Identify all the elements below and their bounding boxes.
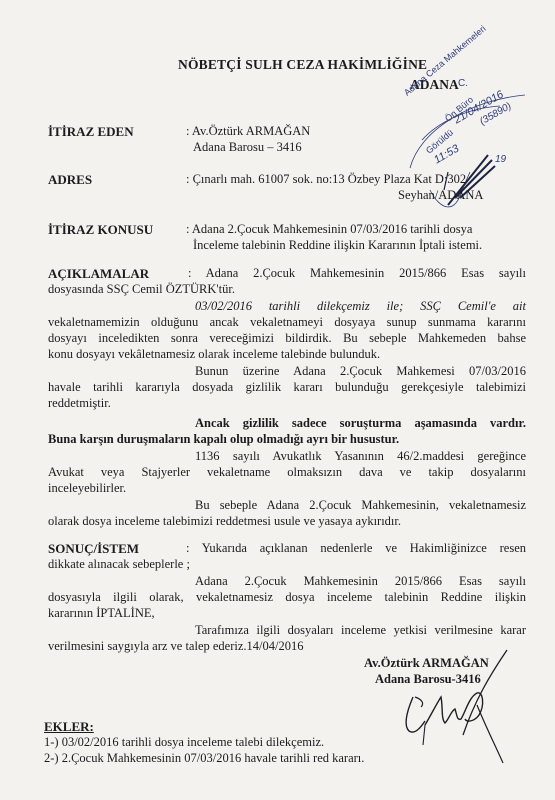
conclusion-line: : Yukarıda açıklanan nedenlerle ve Hakim… bbox=[186, 541, 526, 556]
explanation-line: havale tarihli kararıyla dosyada gizlili… bbox=[48, 380, 526, 395]
explanation-line: 03/02/2016 tarihli dilekçemiz ile; SSÇ C… bbox=[195, 299, 526, 314]
explanation-line: inceleyebilirler. bbox=[48, 481, 126, 496]
address-line-1: : Çınarlı mah. 61007 sok. no:13 Özbey Pl… bbox=[186, 172, 466, 187]
conclusion-line: Adana 2.Çocuk Mahkemesinin 2015/866 Esas… bbox=[195, 574, 526, 589]
petition-page: NÖBETÇİ SULH CEZA HAKİMLİĞİNE ADANA Adan… bbox=[0, 0, 555, 800]
conclusion-line: dikkate alınacak sebeplerle ; bbox=[48, 557, 190, 572]
conclusion-label: SONUÇ/İSTEM bbox=[48, 541, 139, 557]
explanation-line: reddetmiştir. bbox=[48, 396, 111, 411]
conclusion-line: verilmesini saygıyla arz ve talep ederiz… bbox=[48, 639, 303, 654]
explanation-line-emphasis: Buna karşın duruşmaların kapalı olup olm… bbox=[48, 432, 399, 447]
conclusion-line: Tarafımıza ilgili dosyaları inceleme yet… bbox=[195, 623, 526, 638]
objector-name: : Av.Öztürk ARMAĞAN bbox=[186, 124, 310, 139]
explanations-label: AÇIKLAMALAR bbox=[48, 266, 149, 282]
objector-bar: Adana Barosu – 3416 bbox=[193, 140, 302, 155]
attachments-label: EKLER: bbox=[44, 719, 94, 735]
court-title: NÖBETÇİ SULH CEZA HAKİMLİĞİNE bbox=[178, 57, 427, 73]
explanation-line: Bu sebeple Adana 2.Çocuk Mahkemesinin, v… bbox=[195, 498, 526, 513]
explanation-line: olarak dosya inceleme talebimizi reddetm… bbox=[48, 514, 401, 529]
subject-label: İTİRAZ KONUSU bbox=[48, 222, 153, 238]
handwritten-signature-icon bbox=[395, 645, 525, 765]
stamp-oval-icon bbox=[400, 80, 550, 230]
subject-line-2: İnceleme talebinin Reddine ilişkin Karar… bbox=[193, 238, 482, 253]
conclusion-line: dosyasıyla ilgili olarak, vekaletnamesiz… bbox=[48, 590, 526, 605]
subject-line-1: : Adana 2.Çocuk Mahkemesinin 07/03/2016 … bbox=[186, 222, 472, 237]
explanation-line: dosyasında SSÇ Cemil ÖZTÜRK'tür. bbox=[48, 282, 235, 297]
address-label: ADRES bbox=[48, 172, 92, 188]
explanation-line: Avukat veya Stajyerler vekaletname olmak… bbox=[48, 465, 526, 480]
explanation-line: 1136 sayılı Avukatlık Yasanının 46/2.mad… bbox=[195, 449, 526, 464]
address-line-2: Seyhan/ADANA bbox=[398, 188, 483, 203]
explanation-line: dosyayı inceledikten sonra vereceğimizi … bbox=[48, 331, 526, 346]
explanation-line: Bunun üzerine Adana 2.Çocuk Mahkemesi 07… bbox=[195, 364, 526, 379]
attachment-item: 2-) 2.Çocuk Mahkemesinin 07/03/2016 hava… bbox=[44, 751, 364, 766]
explanation-line: : Adana 2.Çocuk Mahkemesinin 2015/866 Es… bbox=[188, 266, 526, 281]
objector-label: İTİRAZ EDEN bbox=[48, 124, 134, 140]
explanation-line: konu dosyayı vekâletnamesiz olarak incel… bbox=[48, 347, 380, 362]
conclusion-line: kararının İPTALİNE, bbox=[48, 606, 155, 621]
explanation-line: vekaletnamemizin olduğunu ancak vekaletn… bbox=[48, 315, 526, 330]
explanation-line-emphasis: Ancak gizlilik sadece soruşturma aşaması… bbox=[195, 416, 526, 431]
attachment-item: 1-) 03/02/2016 tarihli dosya inceleme ta… bbox=[44, 735, 324, 750]
